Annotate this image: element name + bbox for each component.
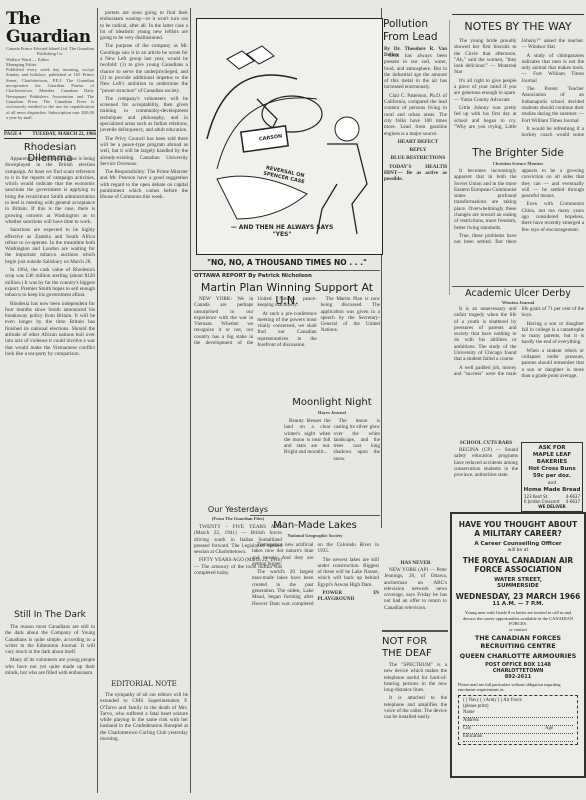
column-rule [97,8,98,793]
subhead: REPLY [384,147,447,153]
headline-manmade-lakes: Man-Made Lakes [250,520,380,531]
source-academic-ulcer: Winston Journal [452,300,584,305]
ad-price: 59c per doz. [522,473,582,480]
source-manmade-lakes: National Geographic Society [250,533,380,538]
ottawa-report-label: OTTAWA REPORT By Patrick Nicholson [194,273,312,279]
form-intro: Please mail me full particulars without … [458,682,578,692]
paragraph: Beauty blesses the land on a clear winte… [284,418,331,456]
ad-headline-1: HAVE YOU THOUGHT ABOUT [452,520,584,529]
coupon-city-age-row: City Age [463,726,573,734]
subhead: BLUE RESTRICTIONS [384,155,447,161]
article-academic-ulcer: It is an unnecessary and unfair tragedy … [454,306,584,436]
ad-counselling-officer: A Career Counselling Officer [452,541,584,547]
ad-centre-2: RECRUITING CENTRE [452,642,584,650]
coupon-city-field[interactable]: City [463,726,471,733]
paragraph: Tremendous new artificial lakes now dot … [252,542,314,567]
paragraph: The moon is casting its silver glow over… [334,418,381,462]
headline-moonlight: Moonlight Night [282,397,382,408]
ad-line: Home Made Bread [522,487,582,494]
ad-line: ASK FOR [522,445,582,452]
article-still-dark: The reason most Canadians are still in t… [5,624,95,794]
ad-headline-2: A MILITARY CAREER? [452,529,584,538]
paragraph: Rhodesia has now been independent for fo… [5,301,95,358]
ad-line: and [522,480,582,487]
article-manmade-lakes: Tremendous new artificial lakes now dot … [252,542,379,792]
article-has-never: NEW YORK (AP) — Peter Jennings, 26, of O… [384,567,447,627]
article-school-cuts: REGINA (CP) — Sound safety education pro… [454,447,518,507]
headline-still-dark: Still In The Dark [4,610,96,620]
paragraph: A study of chimpanzees indicates that me… [522,53,585,84]
paragraph: The reason most Canadians are still in t… [5,624,95,655]
paragraph: The Privy Council has been told there wi… [100,136,188,167]
headline-school-cuts: SCHOOL CUTS BARS [454,440,518,446]
paragraph: REGINA (CP) — Sound safety education pro… [454,447,518,478]
paragraph: The purpose of the company as Mr. Goodin… [100,43,188,93]
health-hint: TODAY'S HEALTH HINT— Be as active as pos… [384,164,447,183]
ad-org-2: FORCE ASSOCIATION [452,565,584,574]
ad-line: Hot Cross Buns [522,466,582,473]
headline-editorial-note: EDITORIAL NOTE [100,680,188,688]
masthead-subtitle: Canada Prince Edward Island Ltd. The Gua… [6,46,94,57]
paragraph: NEW YORK (AP) — Peter Jennings, 26, of O… [384,567,447,611]
page-number: PAGE 4 [4,132,21,137]
coupon-age-field[interactable]: Age [545,726,553,733]
notes-by-the-way-box [452,14,584,15]
ad-phone: 892-2611 [452,674,584,680]
paragraph: Even with Communist China, not too many … [522,201,585,232]
ad-org-1: THE ROYAL CANADIAN AIR [452,556,584,565]
masthead: The Guardian Canada Prince Edward Island… [6,10,94,120]
article-editorial-note: The sympathy of all our editors will be … [100,692,188,792]
ad-centre-1: THE CANADIAN FORCES [452,634,584,642]
ad-date: WEDNESDAY, 23 MARCH 1966 [452,592,584,601]
paragraph: The Responsibility: The Prime Minister a… [100,169,188,200]
paragraph: The "SPECTRUM" is a new device which mak… [384,662,447,693]
ad-time: 11 A.M. — 7 P.M. [452,601,584,607]
divider [452,286,584,287]
paragraph: The Parent Teacher Association of an Ind… [522,86,585,124]
article-company-continued: porters are soon going to find their ent… [100,10,188,580]
headline-has-never: HAS NEVER [384,560,447,566]
paragraph: Clair C. Patterson, Ph.D. of California,… [384,93,447,137]
ad-town: SUMMERSIDE [452,583,584,589]
paragraph: The sympathy of all our editors will be … [100,692,188,742]
paragraph: The Martin Plan is now being discussed. … [321,296,380,334]
column-rule [449,20,450,295]
ad-delivery: WE DELIVER [522,504,582,509]
enrolment-coupon: ( ) Navy ( ) Army ( ) Air Force (please … [458,695,578,745]
ad-or-contact: or contact [452,627,584,632]
issue-date: TUESDAY, MARCH 22, 1966 [32,132,96,137]
cartoon-drawing-icon [197,19,382,254]
article-ottawa: NEW YORK: We in Canada are perhaps unsur… [194,296,380,406]
headline-academic-ulcer: Academic Ulcer Derby [452,288,584,299]
article-pollution: Lead has always been present in our soil… [384,53,447,523]
paragraph: In 1964, the cash value of Rhodesia's cr… [5,267,95,298]
coupon-education-field[interactable]: Education [463,734,573,742]
ad-phone: 4-6637 [566,499,580,504]
paragraph: It becomes increasingly apparent that in… [454,168,517,231]
article-brighter-side: It becomes increasingly apparent that in… [454,168,584,280]
editorial-cartoon: CARSON REVERSAL ON SPENCER CASE — AND TH… [196,18,383,255]
cartoon-inner-caption: — AND THEN HE ALWAYS SAYS "YES" [222,224,342,238]
coupon-name-field[interactable]: Name [463,710,573,718]
ad-line: BAKERIES [522,459,582,466]
paragraph: It's all right to give people a piece of… [454,78,517,103]
paragraph: At such a pre-conference meeting of the … [257,311,316,349]
paragraph: The newest lakes are still under constru… [318,557,380,588]
subhead: HEART DEFECT [384,139,447,145]
divider [250,515,380,516]
paragraph: It is an unnecessary and unfair tragedy … [454,306,517,363]
paragraph: porters are soon going to find their ent… [100,10,188,41]
bakery-advertisement: ASK FOR MAPLE LEAF BAKERIES Hot Cross Bu… [521,442,583,512]
headline-pollution: Pollution From Lead [383,18,447,44]
ad-line: MAPLE LEAF [522,452,582,459]
paragraph: When a student rebels or collapses under… [522,348,585,379]
paragraph: Sanctions are expected to be highly effe… [5,227,95,265]
divider [192,270,380,271]
paragraph: Many of its volunteers are young people … [5,657,95,676]
column-rule [190,8,191,793]
paragraph: It is attached to the telephone and ampl… [384,695,447,720]
divider [382,630,448,632]
dateline: PAGE 4 TUESDAY, MARCH 22, 1966 [4,130,96,139]
ad-body: Young men with Grade 8 or better are inv… [458,610,578,627]
article-rhodesian: Apparently the Rhodesian issue is being … [5,156,95,556]
article-moonlight: Beauty blesses the land on a clear winte… [284,418,380,498]
headline-our-yesterdays: Our Yesterdays [192,505,284,514]
paragraph: Having a son or daughter fail in college… [522,321,585,346]
article-notes: The young bride proudly showed her first… [454,38,584,140]
subhead: POWER IN PLAYGROUND [318,590,380,603]
cartoon-caption: "NO, NO, A THOUSAND TIMES NO . . ." [192,258,382,267]
paragraph: The company's volunteers will be screene… [100,96,188,134]
source-moonlight: Hayes Journal [282,410,382,415]
headline-notes: NOTES BY THE WAY [452,20,584,33]
coupon-address-field[interactable]: Address [463,718,573,726]
ad-armouries: QUEEN CHARLOTTE ARMOURIES [452,652,584,660]
paragraph: The young bride proudly showed her first… [454,38,517,76]
article-not-for-deaf: The "SPECTRUM" is a new device which mak… [384,662,447,792]
headline-not-for-deaf: NOT FOR THE DEAF [382,636,448,660]
masthead-info: Published every week day morning, except… [6,67,94,120]
paragraph: Lead has always been present in our soil… [384,53,447,91]
paragraph: Apparently the Rhodesian issue is being … [5,156,95,225]
headline-brighter-side: The Brighter Side [452,147,584,159]
newspaper-title: The Guardian [6,10,94,46]
military-career-advertisement: HAVE YOU THOUGHT ABOUT A MILITARY CAREER… [450,512,586,778]
source-brighter-side: Christian Science Monitor [452,161,584,166]
ad-will-be-at: will be at [452,548,584,553]
